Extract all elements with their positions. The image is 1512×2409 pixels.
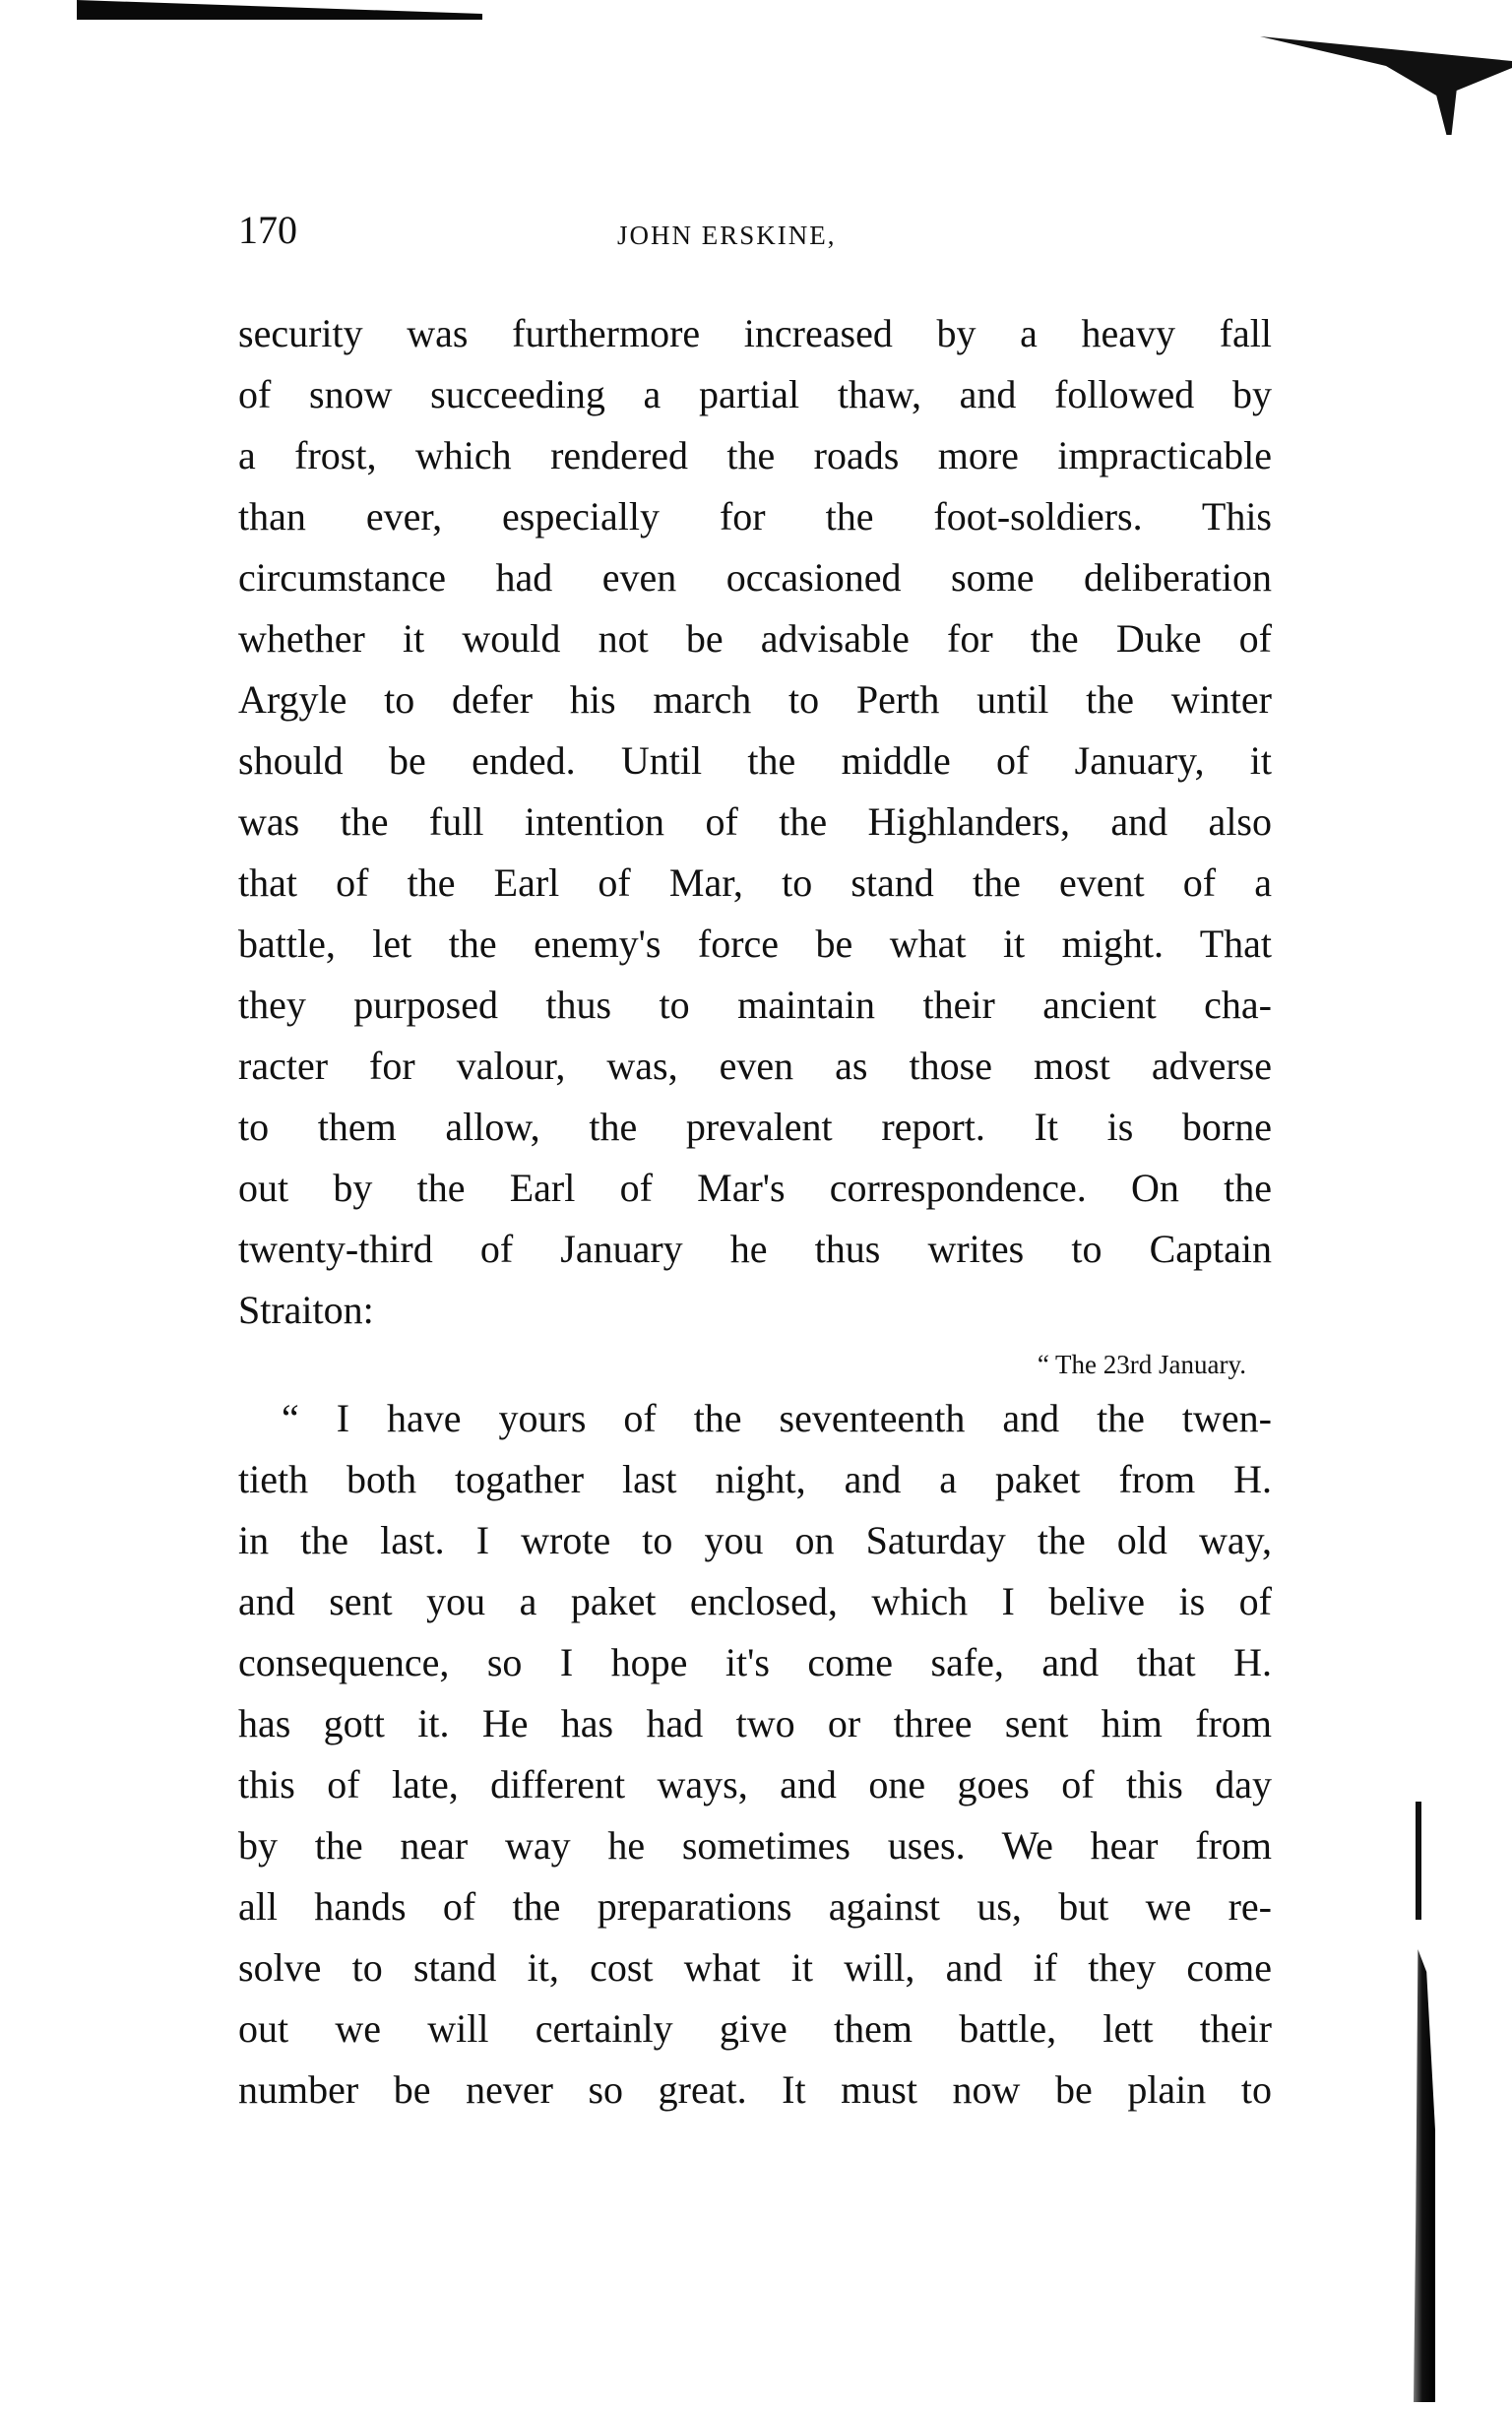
text-line: should be ended. Until the middle of Jan…: [238, 730, 1272, 792]
text-line: security was furthermore increased by a …: [238, 303, 1272, 364]
text-line: racter for valour, was, even as those mo…: [238, 1036, 1272, 1097]
text-line: battle, let the enemy's force be what it…: [238, 914, 1272, 975]
text-line: that of the Earl of Mar, to stand the ev…: [238, 853, 1272, 914]
text-line: a frost, which rendered the roads more i…: [238, 425, 1272, 486]
edge-segment: [1414, 1949, 1435, 2402]
text-line: all hands of the preparations against us…: [238, 1876, 1272, 1937]
running-title: JOHN ERSKINE,: [617, 221, 837, 251]
book-page: 170 JOHN ERSKINE, security was furthermo…: [238, 207, 1272, 2121]
text-line: by the near way he sometimes uses. We he…: [238, 1815, 1272, 1876]
body-paragraph: security was furthermore increased by a …: [238, 303, 1272, 1341]
text-line: twenty-third of January he thus writes t…: [238, 1219, 1272, 1280]
running-head: 170 JOHN ERSKINE,: [238, 207, 1272, 266]
text-line: in the last. I wrote to you on Saturday …: [238, 1510, 1272, 1571]
text-line: consequence, so I hope it's come safe, a…: [238, 1632, 1272, 1693]
text-line: of snow succeeding a partial thaw, and f…: [238, 364, 1272, 425]
text-line: solve to stand it, cost what it will, an…: [238, 1937, 1272, 1998]
scan-artifact-page-edge: [1408, 1802, 1447, 2402]
letter-date: “ The 23rd January.: [238, 1341, 1272, 1388]
text-line: they purposed thus to maintain their anc…: [238, 975, 1272, 1036]
text-line: number be never so great. It must now be…: [238, 2060, 1272, 2121]
text-line: was the full intention of the Highlander…: [238, 792, 1272, 853]
quoted-letter: “ I have yours of the seventeenth and th…: [238, 1388, 1272, 2121]
scan-artifact-corner: [1260, 36, 1512, 135]
page-number: 170: [238, 207, 297, 253]
text-line: Argyle to defer his march to Perth until…: [238, 669, 1272, 730]
text-line: and sent you a paket enclosed, which I b…: [238, 1571, 1272, 1632]
text-line: out we will certainly give them battle, …: [238, 1998, 1272, 2060]
text-line: Straiton:: [238, 1280, 1272, 1341]
text-line: tieth both togather last night, and a pa…: [238, 1449, 1272, 1510]
text-line: out by the Earl of Mar's correspondence.…: [238, 1158, 1272, 1219]
text-line: “ I have yours of the seventeenth and th…: [238, 1388, 1272, 1449]
text-line: has gott it. He has had two or three sen…: [238, 1693, 1272, 1754]
text-line: this of late, different ways, and one go…: [238, 1754, 1272, 1815]
text-line: than ever, especially for the foot-soldi…: [238, 486, 1272, 547]
text-line: circumstance had even occasioned some de…: [238, 547, 1272, 608]
text-line: to them allow, the prevalent report. It …: [238, 1097, 1272, 1158]
text-line: whether it would not be advisable for th…: [238, 608, 1272, 669]
scan-artifact-top-bar: [77, 0, 482, 20]
edge-segment: [1416, 1802, 1421, 1920]
